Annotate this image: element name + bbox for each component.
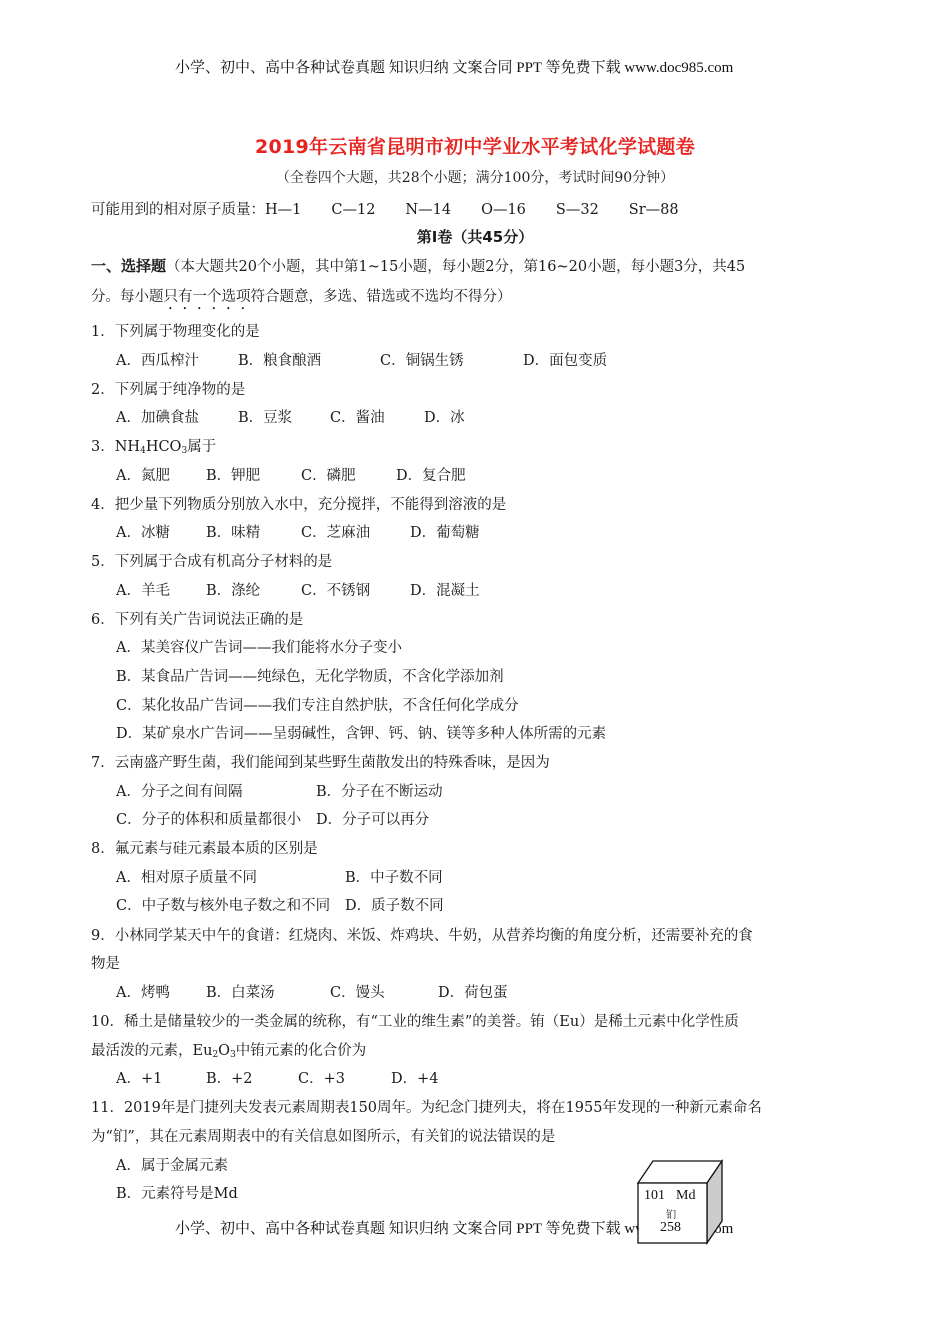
atomic-mass-o: O—16 bbox=[481, 202, 526, 218]
question-10-line1: 10．稀土是储量较少的一类金属的统称，有“工业的维生素”的美誉。铕（Eu）是稀土… bbox=[91, 1010, 739, 1031]
question-number: 4． bbox=[91, 497, 115, 513]
q5-option-c: C．不锈钢 bbox=[301, 579, 370, 600]
question-stem: 稀土是储量较少的一类金属的统称，有“工业的维生素”的美誉。铕（Eu）是稀土元素中… bbox=[124, 1014, 739, 1030]
q3-option-c: C．磷肥 bbox=[301, 464, 356, 485]
q5-option-d: D．混凝土 bbox=[410, 579, 480, 600]
question-11-line1: 11．2019年是门捷列夫发表元素周期表150周年。为纪念门捷列夫，将在1955… bbox=[91, 1096, 762, 1117]
formula-part: HCO bbox=[146, 439, 182, 455]
q2-option-a: A．加碘食盐 bbox=[116, 406, 199, 427]
atomic-mass-n: N—14 bbox=[405, 202, 451, 218]
q1-option-c: C．铜锅生锈 bbox=[380, 349, 464, 370]
q4-option-b: B．味精 bbox=[206, 521, 260, 542]
question-2: 2．下列属于纯净物的是 bbox=[91, 378, 245, 399]
question-11-line2: 为“钔”，其在元素周期表中的有关信息如图所示，有关钔的说法错误的是 bbox=[91, 1125, 555, 1146]
q8-option-c: C．中子数与核外电子数之和不同 bbox=[116, 894, 330, 915]
question-9-line1: 9．小林同学某天中午的食谱：红烧肉、米饭、炸鸡块、牛奶，从营养均衡的角度分析，还… bbox=[91, 924, 753, 945]
atomic-mass-c: C—12 bbox=[331, 202, 375, 218]
section1-instructions-emphasis: 只有一个选项 bbox=[164, 289, 251, 305]
question-stem: 氟元素与硅元素最本质的区别是 bbox=[115, 841, 318, 857]
q7-option-d: D．分子可以再分 bbox=[316, 808, 429, 829]
q3-option-d: D．复合肥 bbox=[396, 464, 466, 485]
question-number: 3． bbox=[91, 439, 115, 455]
section1-instructions-pre: 分。每小题 bbox=[91, 289, 164, 305]
q4-option-a: A．冰糖 bbox=[116, 521, 170, 542]
question-9-line2: 物是 bbox=[91, 952, 120, 973]
question-10-line2: 最活泼的元素，Eu2O3中铕元素的化合价为 bbox=[91, 1039, 366, 1060]
question-6: 6．下列有关广告词说法正确的是 bbox=[91, 608, 303, 629]
q1-option-a: A．西瓜榨汁 bbox=[116, 349, 199, 370]
part-title: 第Ⅰ卷（共45分） bbox=[0, 226, 950, 247]
q7-option-c: C．分子的体积和质量都很小 bbox=[116, 808, 301, 829]
question-number: 2． bbox=[91, 382, 115, 398]
question-4: 4．把少量下列物质分别放入水中，充分搅拌，不能得到溶液的是 bbox=[91, 493, 506, 514]
q7-option-b: B．分子在不断运动 bbox=[316, 780, 443, 801]
q2-option-c: C．酱油 bbox=[330, 406, 385, 427]
formula-part: NH bbox=[115, 439, 140, 455]
q11-option-a: A．属于金属元素 bbox=[116, 1154, 228, 1175]
question-stem: 下列属于合成有机高分子材料的是 bbox=[115, 554, 333, 570]
q2-option-b: B．豆浆 bbox=[238, 406, 292, 427]
atomic-mass-s: S—32 bbox=[556, 202, 599, 218]
q6-option-c: C．某化妆品广告词——我们专注自然护肤，不含任何化学成分 bbox=[116, 694, 519, 715]
question-1: 1．下列属于物理变化的是 bbox=[91, 320, 260, 341]
section1-instructions-post: 符合题意，多选、错选或不选均不得分） bbox=[251, 289, 512, 305]
q1-option-b: B．粮食酿酒 bbox=[238, 349, 321, 370]
q3-option-b: B．钾肥 bbox=[206, 464, 260, 485]
exam-title: 2019年云南省昆明市初中学业水平考试化学试题卷 bbox=[0, 132, 950, 159]
element-symbol: Md bbox=[676, 1188, 695, 1204]
question-stem: 云南盛产野生菌，我们能闻到某些野生菌散发出的特殊香味，是因为 bbox=[115, 755, 550, 771]
q10-option-a: A．+1 bbox=[116, 1067, 162, 1088]
question-number: 7． bbox=[91, 755, 115, 771]
section1-heading: 一、选择题 bbox=[91, 257, 166, 275]
q4-option-d: D．葡萄糖 bbox=[410, 521, 480, 542]
section1-instructions-line1: （本大题共20个小题，其中第1~15小题，每小题2分，第16~20小题，每小题3… bbox=[166, 259, 745, 275]
q8-option-d: D．质子数不同 bbox=[345, 894, 444, 915]
question-number: 1． bbox=[91, 324, 115, 340]
q7-option-a: A．分子之间有间隔 bbox=[116, 780, 242, 801]
q5-option-b: B．涤纶 bbox=[206, 579, 260, 600]
exam-subtitle: （全卷四个大题，共28个小题；满分100分，考试时间90分钟） bbox=[0, 167, 950, 187]
question-stem: 下列有关广告词说法正确的是 bbox=[115, 612, 304, 628]
question-stem: 下列属于纯净物的是 bbox=[115, 382, 246, 398]
question-7: 7．云南盛产野生菌，我们能闻到某些野生菌散发出的特殊香味，是因为 bbox=[91, 751, 550, 772]
atomic-masses-label: 可能用到的相对原子质量： bbox=[91, 202, 265, 218]
q6-option-d: D．某矿泉水广告词——呈弱碱性，含钾、钙、钠、镁等多种人体所需的元素 bbox=[116, 722, 606, 743]
question-number: 8． bbox=[91, 841, 115, 857]
element-atomic-number: 101 bbox=[644, 1188, 665, 1204]
q9-option-a: A．烤鸭 bbox=[116, 981, 170, 1002]
q10-option-d: D．+4 bbox=[391, 1067, 439, 1088]
formula-part: O bbox=[218, 1043, 230, 1059]
q10-option-c: C．+3 bbox=[298, 1067, 345, 1088]
question-number: 6． bbox=[91, 612, 115, 628]
question-5: 5．下列属于合成有机高分子材料的是 bbox=[91, 550, 332, 571]
q6-option-a: A．某美容仪广告词——我们能将水分子变小 bbox=[116, 636, 402, 657]
atomic-mass-sr: Sr—88 bbox=[629, 202, 679, 218]
question-3: 3．NH4HCO3属于 bbox=[91, 435, 216, 456]
q5-option-a: A．羊毛 bbox=[116, 579, 170, 600]
section1-line2: 分。每小题只有一个选项符合题意，多选、错选或不选均不得分） bbox=[91, 285, 512, 313]
q4-option-c: C．芝麻油 bbox=[301, 521, 370, 542]
q9-option-b: B．白菜汤 bbox=[206, 981, 275, 1002]
page-header: 小学、初中、高中各种试卷真题 知识归纳 文案合同 PPT 等免费下载 www.d… bbox=[175, 56, 733, 77]
element-atomic-mass: 258 bbox=[660, 1220, 681, 1236]
question-stem: 属于 bbox=[187, 439, 216, 455]
question-number: 10． bbox=[91, 1014, 124, 1030]
q11-option-b: B．元素符号是Md bbox=[116, 1182, 238, 1203]
q1-option-d: D．面包变质 bbox=[523, 349, 607, 370]
q9-option-c: C．馒头 bbox=[330, 981, 385, 1002]
question-stem: 中铕元素的化合价为 bbox=[236, 1043, 367, 1059]
question-stem: 小林同学某天中午的食谱：红烧肉、米饭、炸鸡块、牛奶，从营养均衡的角度分析，还需要… bbox=[115, 928, 753, 944]
q8-option-b: B．中子数不同 bbox=[345, 866, 443, 887]
section1-line1: 一、选择题（本大题共20个小题，其中第1~15小题，每小题2分，第16~20小题… bbox=[91, 255, 745, 276]
q6-option-b: B．某食品广告词——纯绿色，无化学物质，不含化学添加剂 bbox=[116, 665, 504, 686]
q8-option-a: A．相对原子质量不同 bbox=[116, 866, 257, 887]
element-card-md: 101 Md 钔 258 bbox=[630, 1158, 740, 1248]
question-number: 9． bbox=[91, 928, 115, 944]
q9-option-d: D．荷包蛋 bbox=[438, 981, 508, 1002]
question-number: 11． bbox=[91, 1100, 124, 1116]
question-stem: 最活泼的元素，Eu bbox=[91, 1043, 212, 1059]
q10-option-b: B．+2 bbox=[206, 1067, 253, 1088]
question-stem: 下列属于物理变化的是 bbox=[115, 324, 260, 340]
element-name: 钔 bbox=[666, 1206, 676, 1221]
question-stem: 把少量下列物质分别放入水中，充分搅拌，不能得到溶液的是 bbox=[115, 497, 507, 513]
question-stem: 2019年是门捷列夫发表元素周期表150周年。为纪念门捷列夫，将在1955年发现… bbox=[124, 1100, 762, 1116]
q3-option-a: A．氮肥 bbox=[116, 464, 170, 485]
atomic-masses-line: 可能用到的相对原子质量：H—1C—12N—14O—16S—32Sr—88 bbox=[91, 198, 679, 219]
q2-option-d: D．冰 bbox=[424, 406, 465, 427]
question-number: 5． bbox=[91, 554, 115, 570]
question-8: 8．氟元素与硅元素最本质的区别是 bbox=[91, 837, 318, 858]
atomic-mass-h: H—1 bbox=[265, 202, 301, 218]
